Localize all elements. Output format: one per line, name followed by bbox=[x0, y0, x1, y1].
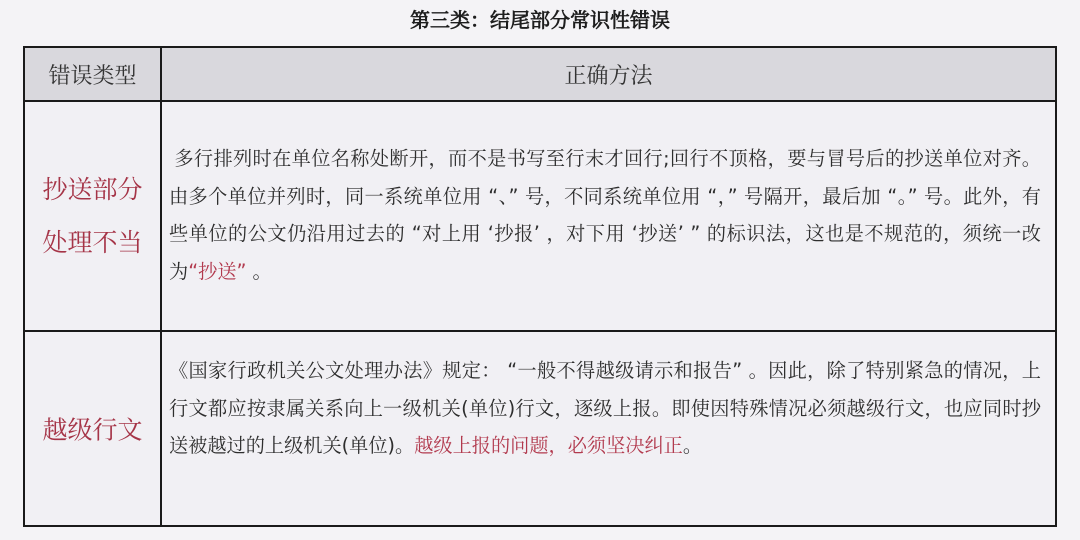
error-type-cell: 越级行文 bbox=[25, 332, 162, 527]
method-text-segment: 。 bbox=[683, 434, 702, 457]
table-header-row: 错误类型 正确方法 bbox=[25, 48, 1055, 102]
correct-method-cell: 《国家行政机关公文处理办法》规定： “一般不得越级请示和报告” 。因此，除了特别… bbox=[162, 332, 1055, 527]
method-text-segment: 。 bbox=[246, 260, 271, 283]
error-type-label: 抄送部分 处理不当 bbox=[25, 163, 160, 269]
table-row: 抄送部分 处理不当 多行排列时在单位名称处断开，而不是书写至行末才回行;回行不顶… bbox=[25, 102, 1055, 332]
error-type-label: 越级行文 bbox=[25, 403, 160, 456]
table-row: 越级行文 《国家行政机关公文处理办法》规定： “一般不得越级请示和报告” 。因此… bbox=[25, 332, 1055, 527]
error-type-line: 抄送部分 bbox=[25, 163, 160, 216]
method-highlight-segment: 越级上报的问题，必须坚决纠正 bbox=[414, 434, 683, 457]
correct-method-text: 多行排列时在单位名称处断开，而不是书写至行末才回行;回行不顶格，要与冒号后的抄送… bbox=[169, 140, 1041, 290]
error-table: 错误类型 正确方法 抄送部分 处理不当 多行排列时在单位名称处断开，而不是书写至… bbox=[23, 46, 1057, 527]
header-error-type: 错误类型 bbox=[25, 48, 162, 100]
error-type-line: 处理不当 bbox=[25, 216, 160, 269]
method-text-segment: 多行排列时在单位名称处断开，而不是书写至行末才回行;回行不顶格，要与冒号后的抄送… bbox=[169, 147, 1041, 283]
correct-method-cell: 多行排列时在单位名称处断开，而不是书写至行末才回行;回行不顶格，要与冒号后的抄送… bbox=[162, 102, 1055, 330]
method-highlight-segment: “抄送” bbox=[188, 260, 246, 283]
error-type-cell: 抄送部分 处理不当 bbox=[25, 102, 162, 330]
correct-method-text: 《国家行政机关公文处理办法》规定： “一般不得越级请示和报告” 。因此，除了特别… bbox=[169, 352, 1041, 465]
header-correct-method: 正确方法 bbox=[162, 48, 1055, 100]
page-title: 第三类：结尾部分常识性错误 bbox=[0, 4, 1080, 33]
error-type-line: 越级行文 bbox=[25, 403, 160, 456]
